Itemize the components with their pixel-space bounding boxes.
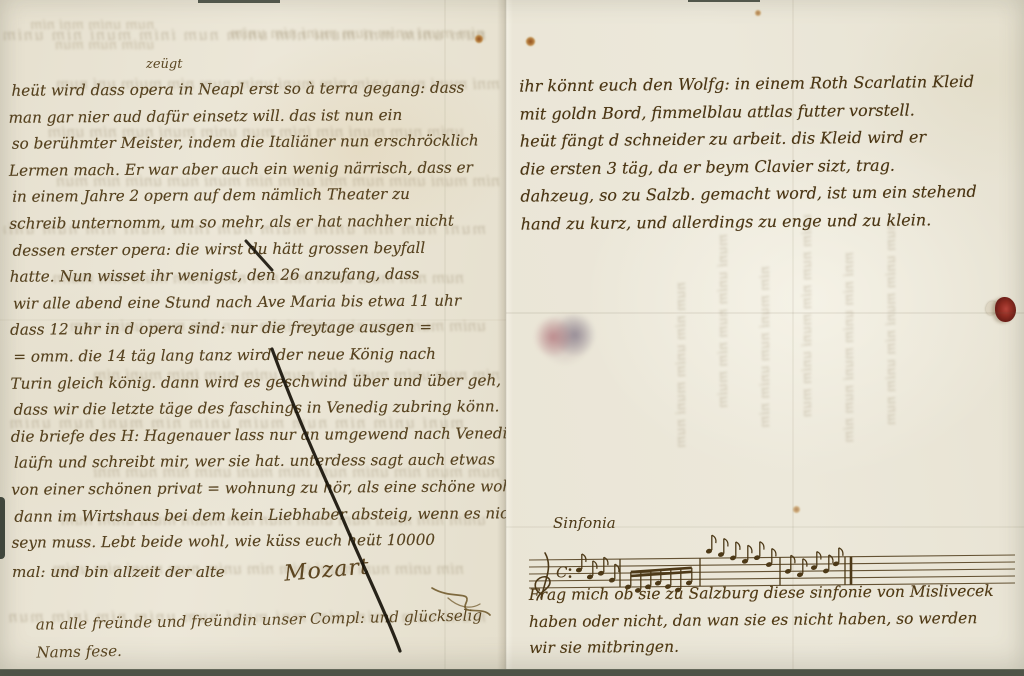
ghost-column: unim num nim muni unim mun bbox=[800, 214, 815, 502]
letter-photo: num unim mni nim unim num mun nim muni u… bbox=[0, 0, 1024, 676]
handwritten-line: wir alle abend eine Stund nach Ave Maria… bbox=[13, 287, 504, 317]
handwritten-line: ihr könnt euch den Wolfg: in einem Roth … bbox=[519, 67, 1015, 100]
handwritten-line: hand zu kurz, und allerdings zu enge und… bbox=[521, 205, 1017, 238]
postscript-block: an alle freünde und freündin unser Compl… bbox=[35, 601, 483, 666]
handwritten-line: man gar nier aud dafür einsetz will. das… bbox=[9, 101, 503, 131]
handwritten-line: dann im Wirtshaus bei dem kein Liebhaber… bbox=[14, 500, 505, 530]
ghost-column: mni nim unim muni num nim bbox=[842, 252, 857, 502]
letter-page-left: num unim mni nim unim num mun nim muni u… bbox=[0, 0, 506, 676]
foxing-spot bbox=[755, 10, 761, 16]
handwritten-line: dessen erster opera: die wirst du hätt g… bbox=[12, 234, 503, 264]
handwritten-line: Turin gleich könig. dann wird es geschwi… bbox=[10, 367, 504, 397]
music-section: Sinfonia C Frag mich ob sie zu Salzburg … bbox=[523, 498, 1023, 676]
horizontal-crease bbox=[0, 319, 506, 321]
music-caption: Frag mich ob sie zu Salzburg diese sinfo… bbox=[529, 578, 995, 662]
caption-line: wir sie mitbringen. bbox=[529, 631, 994, 662]
caption-line: Frag mich ob sie zu Salzburg diese sinfo… bbox=[529, 578, 994, 609]
handwritten-line: die briefe des H: Hagenauer lass nur an … bbox=[11, 420, 505, 450]
handwritten-line: von einer schönen privat = wohnung zu hö… bbox=[11, 473, 505, 503]
svg-text:C: C bbox=[556, 564, 568, 582]
foxing-spot bbox=[475, 35, 483, 43]
caption-line: haben oder nicht, dan wan sie es nicht h… bbox=[529, 604, 994, 635]
vertical-crease bbox=[444, 0, 446, 676]
wax-seal-remnant bbox=[995, 297, 1016, 322]
signature: Mozart bbox=[283, 554, 371, 586]
photo-edge-top bbox=[688, 0, 760, 2]
foxing-spot bbox=[793, 506, 800, 513]
photo-edge-top bbox=[198, 0, 280, 3]
ghost-column: num unim muni nim unim num bbox=[884, 222, 899, 510]
signature-line: mal: und bin allzeit der alte Mozart bbox=[12, 558, 370, 583]
vertical-crease bbox=[792, 0, 794, 676]
signature-prefix: mal: und bin allzeit der alte bbox=[12, 563, 225, 581]
handwritten-line: hatte. Nun wisset ihr wenigst, den 26 an… bbox=[10, 260, 504, 290]
handwritten-line: dass wir die letzte täge des faschings i… bbox=[14, 393, 505, 423]
handwritten-line: dahzeug, so zu Salzb. gemacht word, ist … bbox=[520, 177, 1016, 210]
center-fold bbox=[497, 0, 513, 676]
ghost-column: nim muni num unim nim bbox=[758, 266, 773, 496]
horizontal-crease bbox=[506, 526, 1024, 528]
handwritten-line: schreib unternomm, um so mehr, als er ha… bbox=[9, 207, 503, 237]
handwritten-line: Lermen mach. Er war aber auch ein wenig … bbox=[9, 154, 503, 184]
right-page-text: ihr könnt euch den Wolfg: in einem Roth … bbox=[519, 67, 1017, 237]
left-page-text: heüt wird dass opera in Neapl erst so à … bbox=[8, 74, 505, 556]
handwritten-line: so berühmter Meister, indem die Italiäne… bbox=[12, 127, 503, 157]
handwritten-line: = omm. die 14 täg lang tanz wird der neu… bbox=[13, 340, 504, 370]
handwritten-line: heüt wird dass opera in Neapl erst so à … bbox=[11, 74, 502, 104]
photo-edge-bottom bbox=[0, 669, 1024, 676]
ghost-column: muni unim num nim muim bbox=[716, 234, 731, 522]
foxing-spot bbox=[526, 37, 535, 46]
ghost-showthrough-columns: num unim muni nim unim nummni nim unim m… bbox=[674, 222, 899, 510]
photo-edge-left bbox=[0, 497, 5, 559]
horizontal-crease bbox=[506, 312, 1024, 314]
inserted-word: zeügt bbox=[146, 57, 182, 72]
handwritten-line: seyn muss. Lebt beide wohl, wie küss euc… bbox=[11, 526, 505, 556]
ghost-line: num unim mni muni nim unim num inim muni… bbox=[4, 12, 486, 61]
handwritten-line: laüfn und schreibt mir, wer sie hat. unt… bbox=[14, 447, 505, 477]
handwritten-line: in einem Jahre 2 opern auf dem nämlich T… bbox=[12, 181, 503, 211]
